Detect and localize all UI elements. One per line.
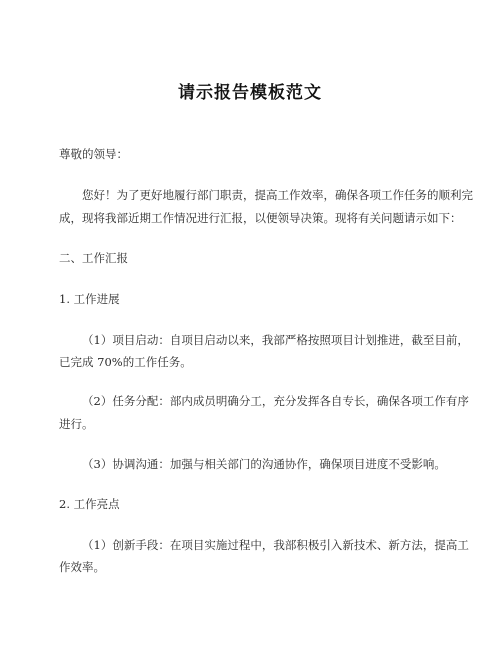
intro-line-2: 成，现将我部近期工作情况进行汇报，以便领导决策。现将有关问题请示如下：: [59, 210, 462, 226]
progress-item-2-line-2: 进行。: [59, 416, 94, 432]
progress-item-1-line-1: （1）项目启动：自项目启动以来，我部严格按照项目计划推进，截至目前，: [82, 332, 469, 348]
salutation: 尊敬的领导：: [59, 146, 128, 162]
document-page: 请示报告模板范文 尊敬的领导： 您好！为了更好地履行部门职责，提高工作效率，确保…: [0, 0, 500, 647]
progress-item-2-line-1: （2）任务分配：部内成员明确分工，充分发挥各自专长，确保各项工作有序: [82, 393, 469, 409]
document-title: 请示报告模板范文: [0, 78, 500, 103]
progress-item-1-line-2: 已完成 70%的工作任务。: [59, 354, 192, 370]
section-heading: 二、工作汇报: [59, 250, 128, 266]
highlight-item-1-line-1: （1）创新手段：在项目实施过程中，我部积极引入新技术、新方法，提高工: [82, 537, 469, 553]
highlight-item-1-line-2: 作效率。: [59, 559, 105, 575]
subsection-heading-progress: 1. 工作进展: [59, 291, 120, 307]
intro-line-1: 您好！为了更好地履行部门职责，提高工作效率，确保各项工作任务的顺利完: [82, 187, 473, 203]
progress-item-3-line-1: （3）协调沟通：加强与相关部门的沟通协作，确保项目进度不受影响。: [82, 456, 446, 472]
subsection-heading-highlights: 2. 工作亮点: [59, 496, 120, 512]
